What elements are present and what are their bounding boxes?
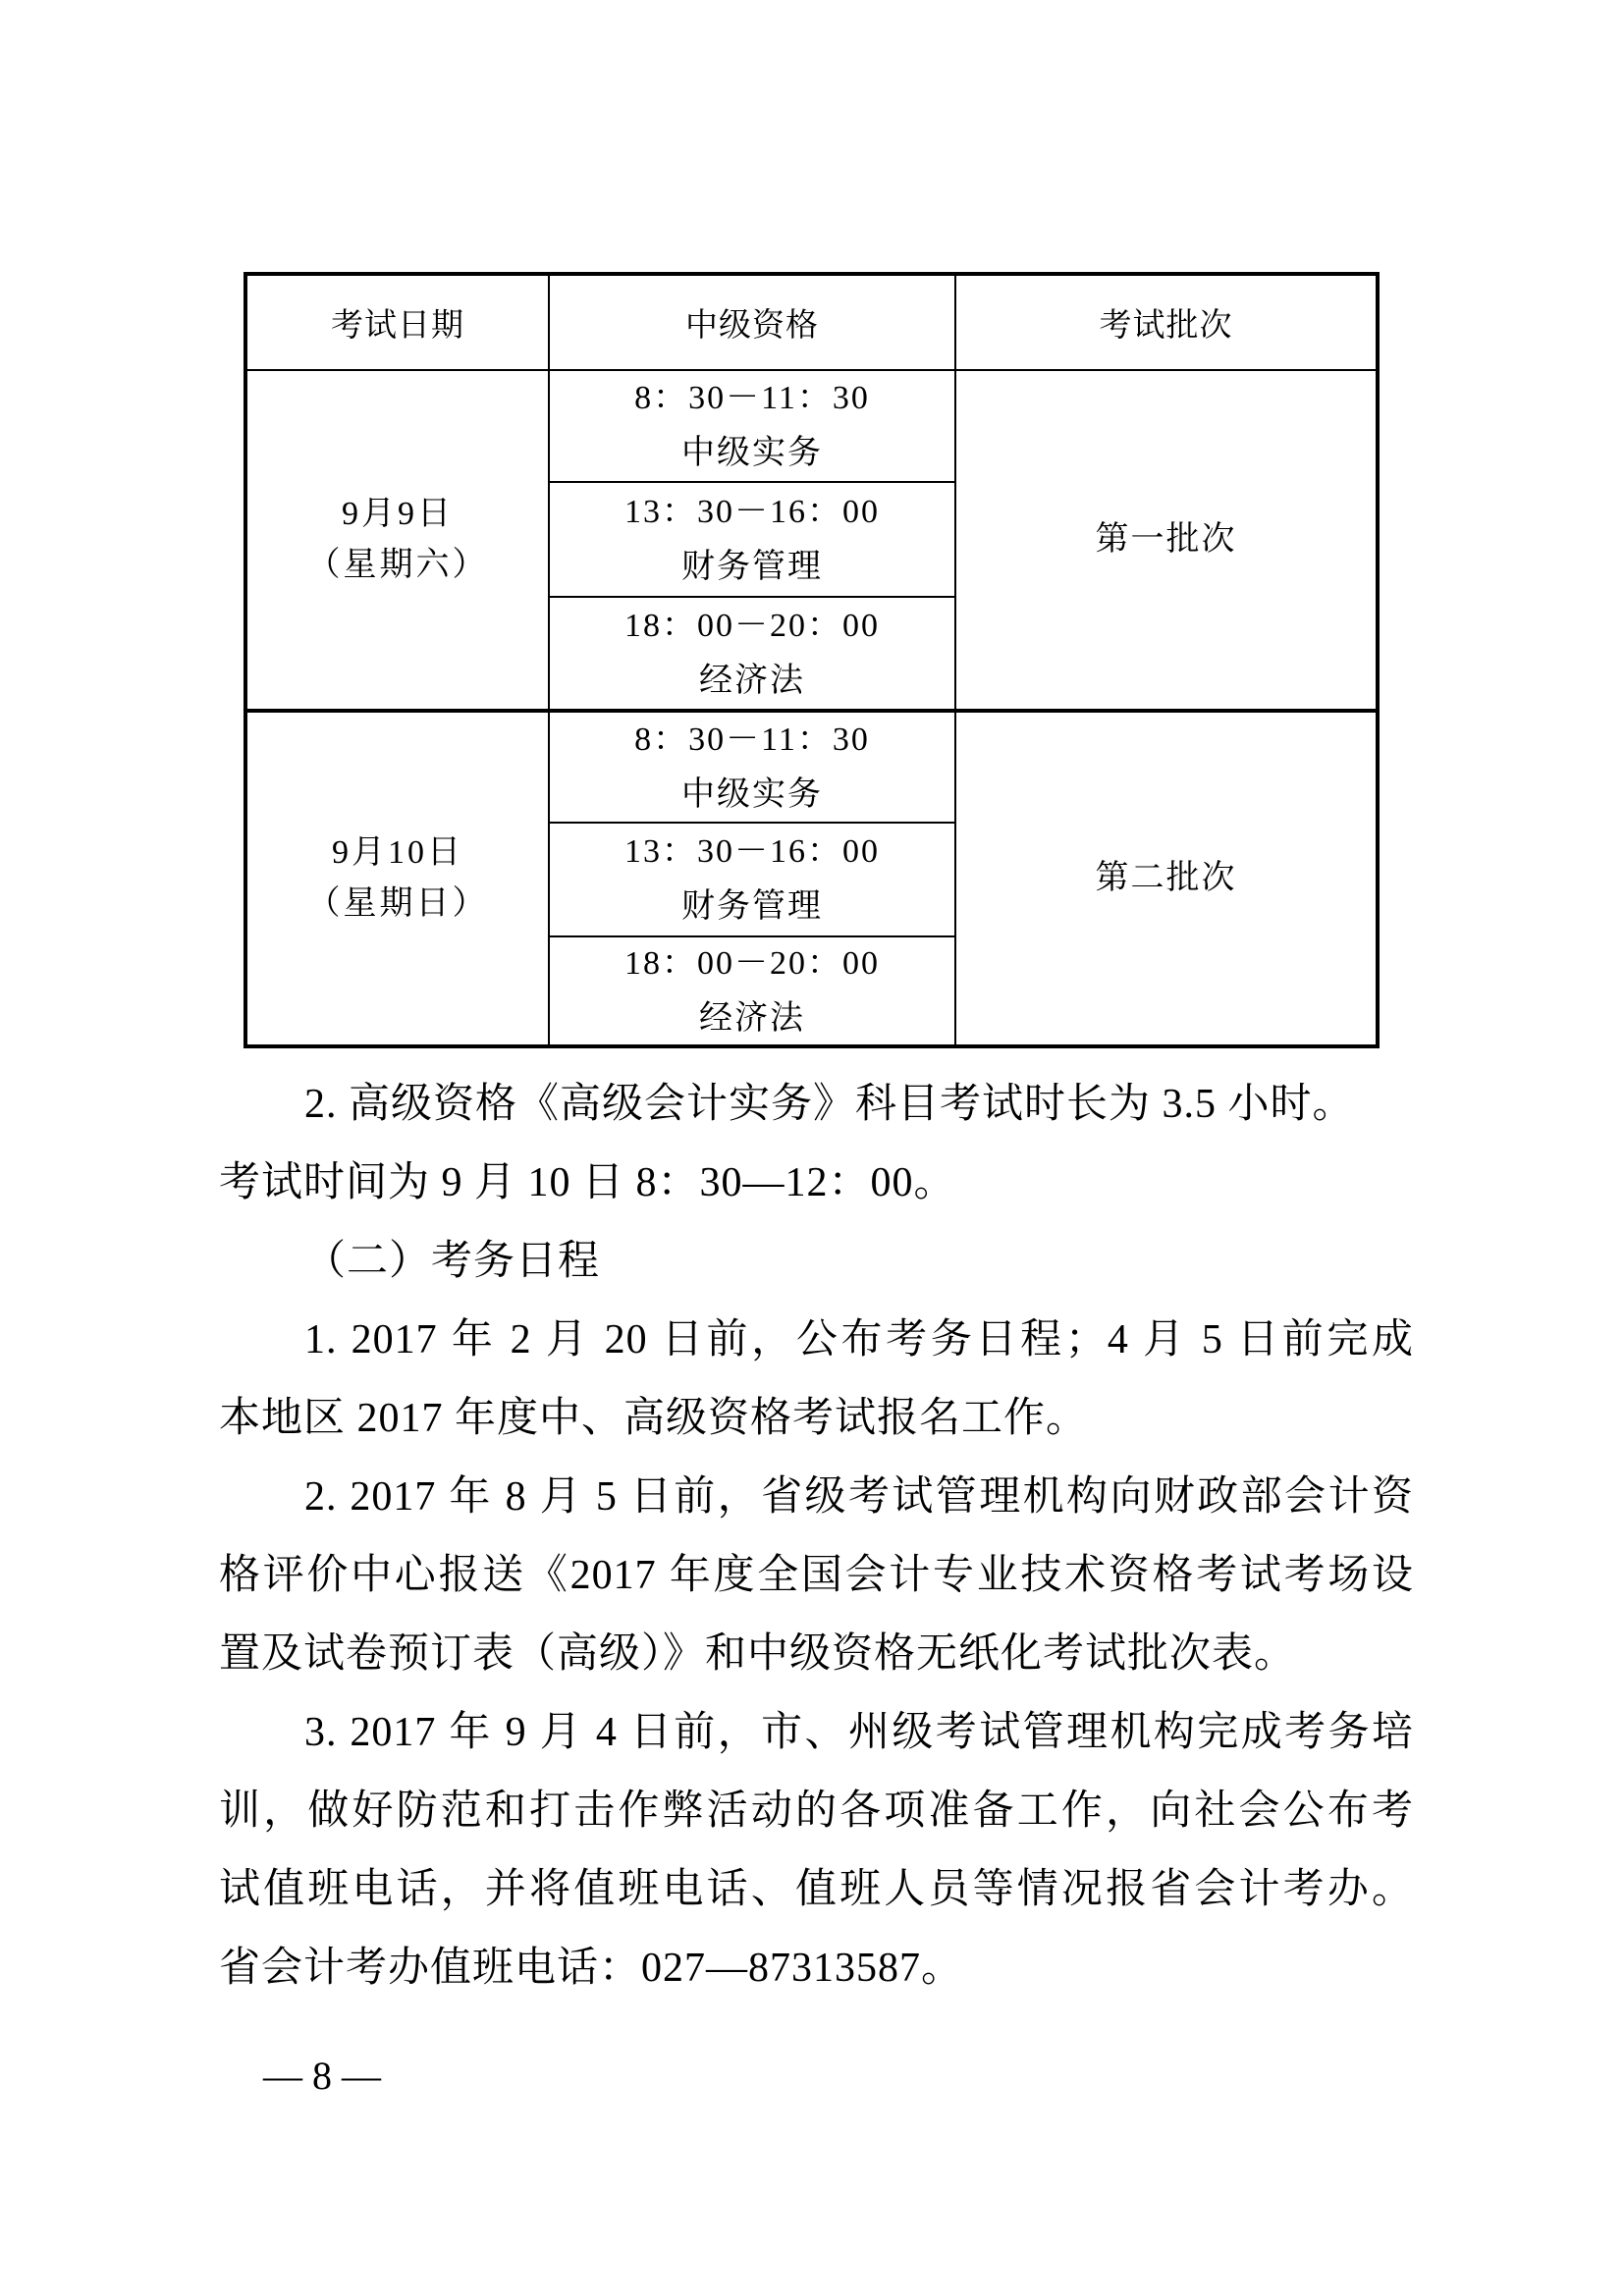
session-subject: 中级实务 [681,426,823,481]
header-exam-batch: 考试批次 [956,276,1376,369]
exam-weekday: （星期日） [307,879,489,930]
session-subject: 财务管理 [681,880,823,934]
date-cell: 9月9日 （星期六） [247,371,548,709]
paragraph-line: 格评价中心报送《2017 年度全国会计专业技术资格考试考场设 [219,1536,1414,1615]
session-cell: 13：30－16：00 财务管理 [550,824,954,935]
exam-weekday: （星期六） [307,540,489,591]
paragraph-line: 2. 高级资格《高级会计实务》科目考试时长为 3.5 小时。 [304,1065,1499,1144]
session-cell: 13：30－16：00 财务管理 [550,483,954,596]
paragraph-line: 1. 2017 年 2 月 20 日前，公布考务日程；4 月 5 日前完成 [304,1301,1414,1379]
header-exam-date: 考试日期 [247,276,548,369]
header-intermediate-level: 中级资格 [550,276,954,369]
exam-date: 9月9日 [342,489,454,540]
batch-cell: 第二批次 [956,713,1376,1044]
page-number: — 8 — [263,2052,381,2101]
session-cell: 8：30－11：30 中级实务 [550,371,954,481]
session-time: 8：30－11：30 [634,371,870,426]
exam-date: 9月10日 [332,828,463,879]
session-subject: 经济法 [699,654,805,709]
paragraph-line: 训，做好防范和打击作弊活动的各项准备工作，向社会公布考 [219,1772,1414,1850]
session-time: 13：30－16：00 [624,485,880,540]
session-subject: 经济法 [699,991,805,1046]
paragraph-line: 3. 2017 年 9 月 4 日前，市、州级考试管理机构完成考务培 [304,1693,1414,1772]
paragraph-line: 省会计考办值班电话：027—87313587。 [219,1929,1414,2007]
section-heading: （二）考务日程 [304,1222,1499,1301]
document-page: 考试日期 中级资格 考试批次 9月9日 （星期六） 8：30－11：30 中级实… [0,0,1624,2296]
paragraph-line: 考试时间为 9 月 10 日 8：30—12：00。 [219,1144,1414,1222]
exam-batch: 第一批次 [1096,512,1237,567]
paragraph-line: 2. 2017 年 8 月 5 日前，省级考试管理机构向财政部会计资 [304,1458,1414,1536]
session-subject: 财务管理 [681,540,823,595]
session-cell: 8：30－11：30 中级实务 [550,713,954,822]
session-cell: 18：00－20：00 经济法 [550,598,954,709]
exam-schedule-table: 考试日期 中级资格 考试批次 9月9日 （星期六） 8：30－11：30 中级实… [244,272,1380,1048]
batch-cell: 第一批次 [956,371,1376,709]
paragraph-line: 置及试卷预订表（高级）》和中级资格无纸化考试批次表。 [219,1615,1414,1693]
session-time: 8：30－11：30 [634,713,870,768]
session-time: 18：00－20：00 [624,599,880,654]
date-cell: 9月10日 （星期日） [247,713,548,1044]
session-subject: 中级实务 [681,768,823,823]
paragraph-line: 本地区 2017 年度中、高级资格考试报名工作。 [219,1379,1414,1458]
exam-batch: 第二批次 [1096,851,1237,906]
session-time: 13：30－16：00 [624,825,880,880]
paragraph-line: 试值班电话，并将值班电话、值班人员等情况报省会计考办。 [219,1850,1414,1929]
session-cell: 18：00－20：00 经济法 [550,937,954,1044]
session-time: 18：00－20：00 [624,936,880,991]
